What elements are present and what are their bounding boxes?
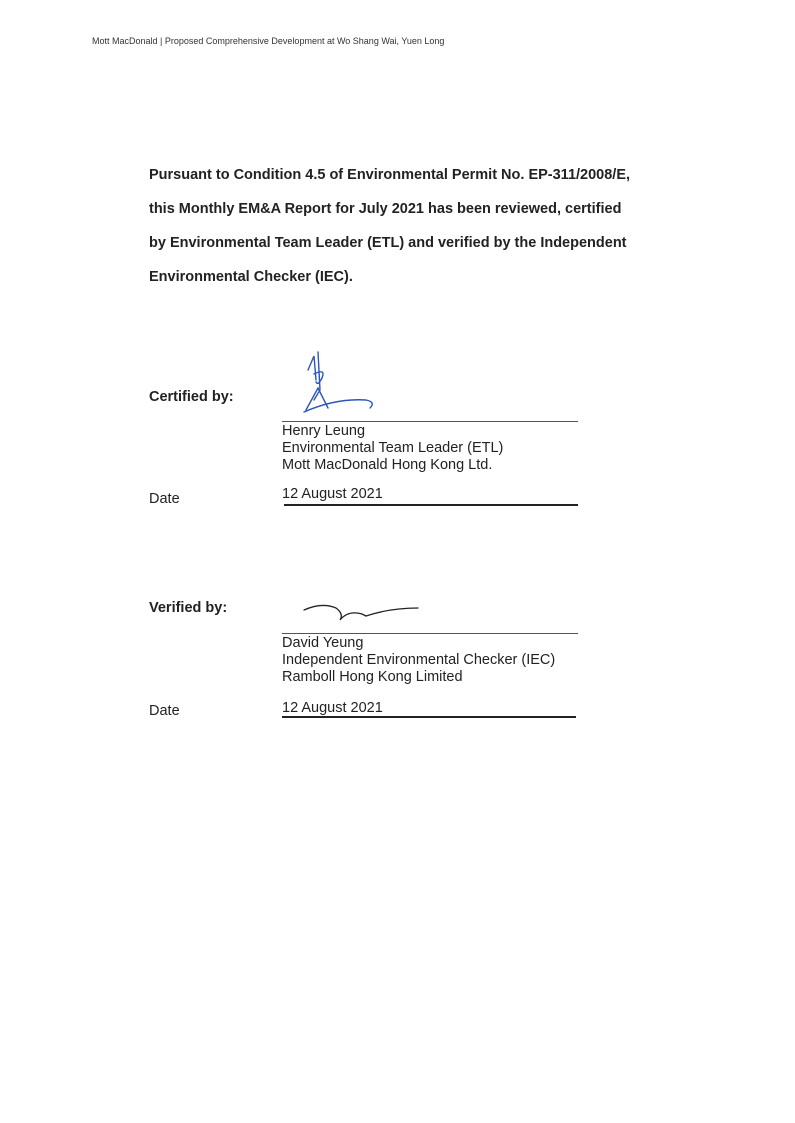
running-header: Mott MacDonald | Proposed Comprehensive … <box>92 36 444 46</box>
signature-david-yeung-icon <box>300 600 424 624</box>
verified-date-label: Date <box>149 703 180 719</box>
certified-date-label: Date <box>149 491 180 507</box>
certified-signature-line <box>282 421 578 422</box>
statement-line: Pursuant to Condition 4.5 of Environment… <box>149 158 669 192</box>
verified-company: Ramboll Hong Kong Limited <box>282 669 555 686</box>
certified-name: Henry Leung <box>282 423 503 440</box>
certified-role: Environmental Team Leader (ETL) <box>282 440 503 457</box>
certified-date: 12 August 2021 <box>282 486 383 502</box>
verified-date: 12 August 2021 <box>282 700 383 716</box>
verified-by-label: Verified by: <box>149 600 227 616</box>
certified-date-line <box>284 504 578 506</box>
certified-signatory-details: Henry Leung Environmental Team Leader (E… <box>282 423 503 474</box>
verified-name: David Yeung <box>282 635 555 652</box>
verified-date-line <box>282 716 576 718</box>
verified-signatory-details: David Yeung Independent Environmental Ch… <box>282 635 555 686</box>
certification-statement: Pursuant to Condition 4.5 of Environment… <box>149 158 669 294</box>
signature-henry-leung-icon <box>296 350 380 416</box>
certified-company: Mott MacDonald Hong Kong Ltd. <box>282 457 503 474</box>
certified-by-label: Certified by: <box>149 389 234 405</box>
verified-signature-line <box>282 633 578 634</box>
statement-line: Environmental Checker (IEC). <box>149 260 669 294</box>
statement-line: this Monthly EM&A Report for July 2021 h… <box>149 192 669 226</box>
statement-line: by Environmental Team Leader (ETL) and v… <box>149 226 669 260</box>
verified-role: Independent Environmental Checker (IEC) <box>282 652 555 669</box>
